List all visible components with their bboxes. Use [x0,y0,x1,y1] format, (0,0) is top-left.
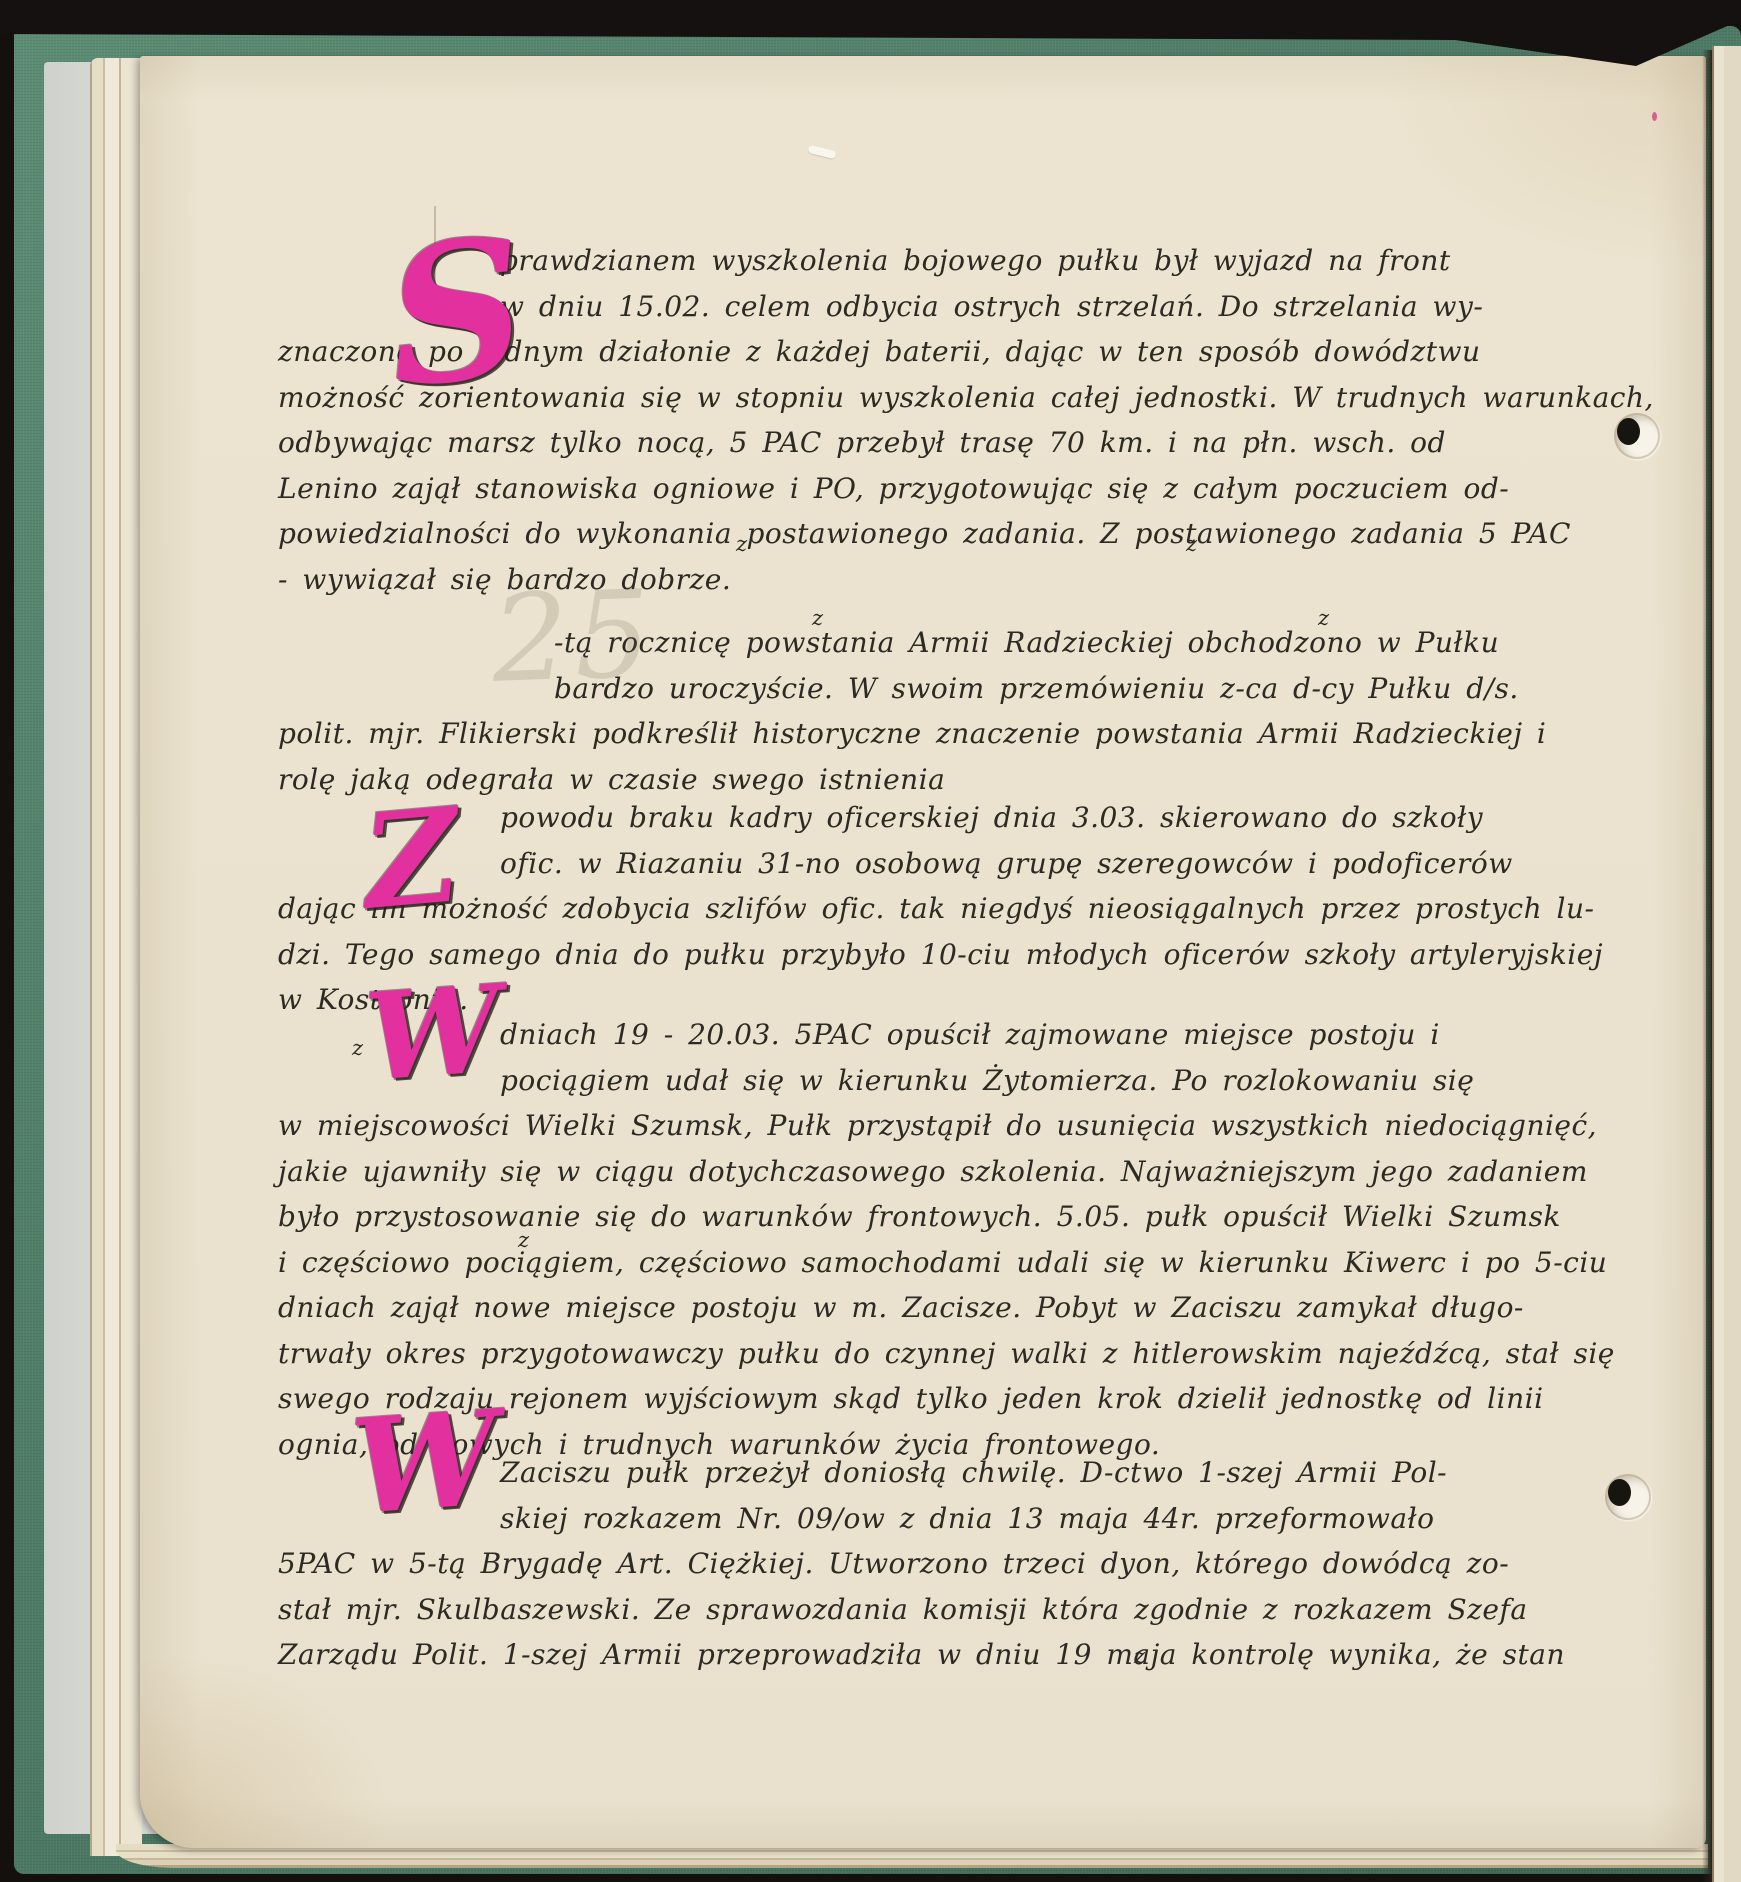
illuminated-initial: W [348,1393,503,1533]
illuminated-initial: S [378,211,534,414]
insertion-mark: z [1134,1644,1145,1668]
handwritten-line: odbywając marsz tylko nocą, 5 PAC przeby… [140,420,1706,466]
handwritten-line: 5PAC w 5-tą Brygadę Art. Ciężkiej. Utwor… [140,1541,1706,1587]
insertion-mark: z [812,606,823,630]
handwritten-line: polit. mjr. Flikierski podkreślił histor… [140,711,1706,757]
paragraph: -tą rocznicę powstania Armii Radzieckiej… [140,620,1706,802]
handwritten-line: możność zorientowania się w stopniu wysz… [140,375,1706,421]
handwritten-line: prawdzianem wyszkolenia bojowego pułku b… [140,238,1706,284]
journal-page: S 25 Z W W prawdzianem wyszkolenia bojow… [140,56,1706,1848]
handwritten-line: bardzo uroczyście. W swoim przemówieniu … [140,666,1706,712]
insertion-mark: z [518,1228,529,1252]
paragraph: prawdzianem wyszkolenia bojowego pułku b… [140,238,1706,602]
handwritten-line: Lenino zajął stanowiska ogniowe i PO, pr… [140,466,1706,512]
handwritten-line: trwały okres przygotowawczy pułku do czy… [140,1331,1706,1377]
binding-thread-speck [1652,112,1657,121]
handwritten-line: w dniu 15.02. celem odbycia ostrych strz… [140,284,1706,330]
handwritten-line: znaczono po jednym działonie z każdej ba… [140,329,1706,375]
scanned-book-photo: S 25 Z W W prawdzianem wyszkolenia bojow… [0,0,1741,1882]
handwritten-line: Zarządu Polit. 1-szej Armii przeprowadzi… [140,1632,1706,1678]
illuminated-initial: W [362,969,505,1098]
illuminated-initial: Z [359,790,465,928]
insertion-mark: z [1318,606,1329,630]
handwritten-line: i częściowo pociągiem, częściowo samocho… [140,1240,1706,1286]
insertion-mark: z [1186,532,1197,556]
pencil-sketch-numeral: 25 [490,575,659,701]
insertion-mark: z [736,532,747,556]
handwritten-line: w miejscowości Wielki Szumsk, Pułk przys… [140,1103,1706,1149]
next-page-edge [1712,46,1741,1882]
handwritten-line: było przystosowanie się do warunków fron… [140,1194,1706,1240]
handwritten-text-layer: prawdzianem wyszkolenia bojowego pułku b… [140,56,1706,1848]
handwritten-line: - wywiązał się bardzo dobrze. [140,557,1706,603]
page-stack-left-edge [90,58,142,1856]
handwritten-line: stał mjr. Skulbaszewski. Ze sprawozdania… [140,1587,1706,1633]
handwritten-line: jakie ujawniły się w ciągu dotychczasowe… [140,1149,1706,1195]
insertion-mark: z [352,1036,363,1060]
handwritten-line: powiedzialności do wykonania postawioneg… [140,511,1706,557]
handwritten-line: dniach zajął nowe miejsce postoju w m. Z… [140,1285,1706,1331]
handwritten-line: -tą rocznicę powstania Armii Radzieckiej… [140,620,1706,666]
page-gap-shadow [1702,50,1712,1882]
